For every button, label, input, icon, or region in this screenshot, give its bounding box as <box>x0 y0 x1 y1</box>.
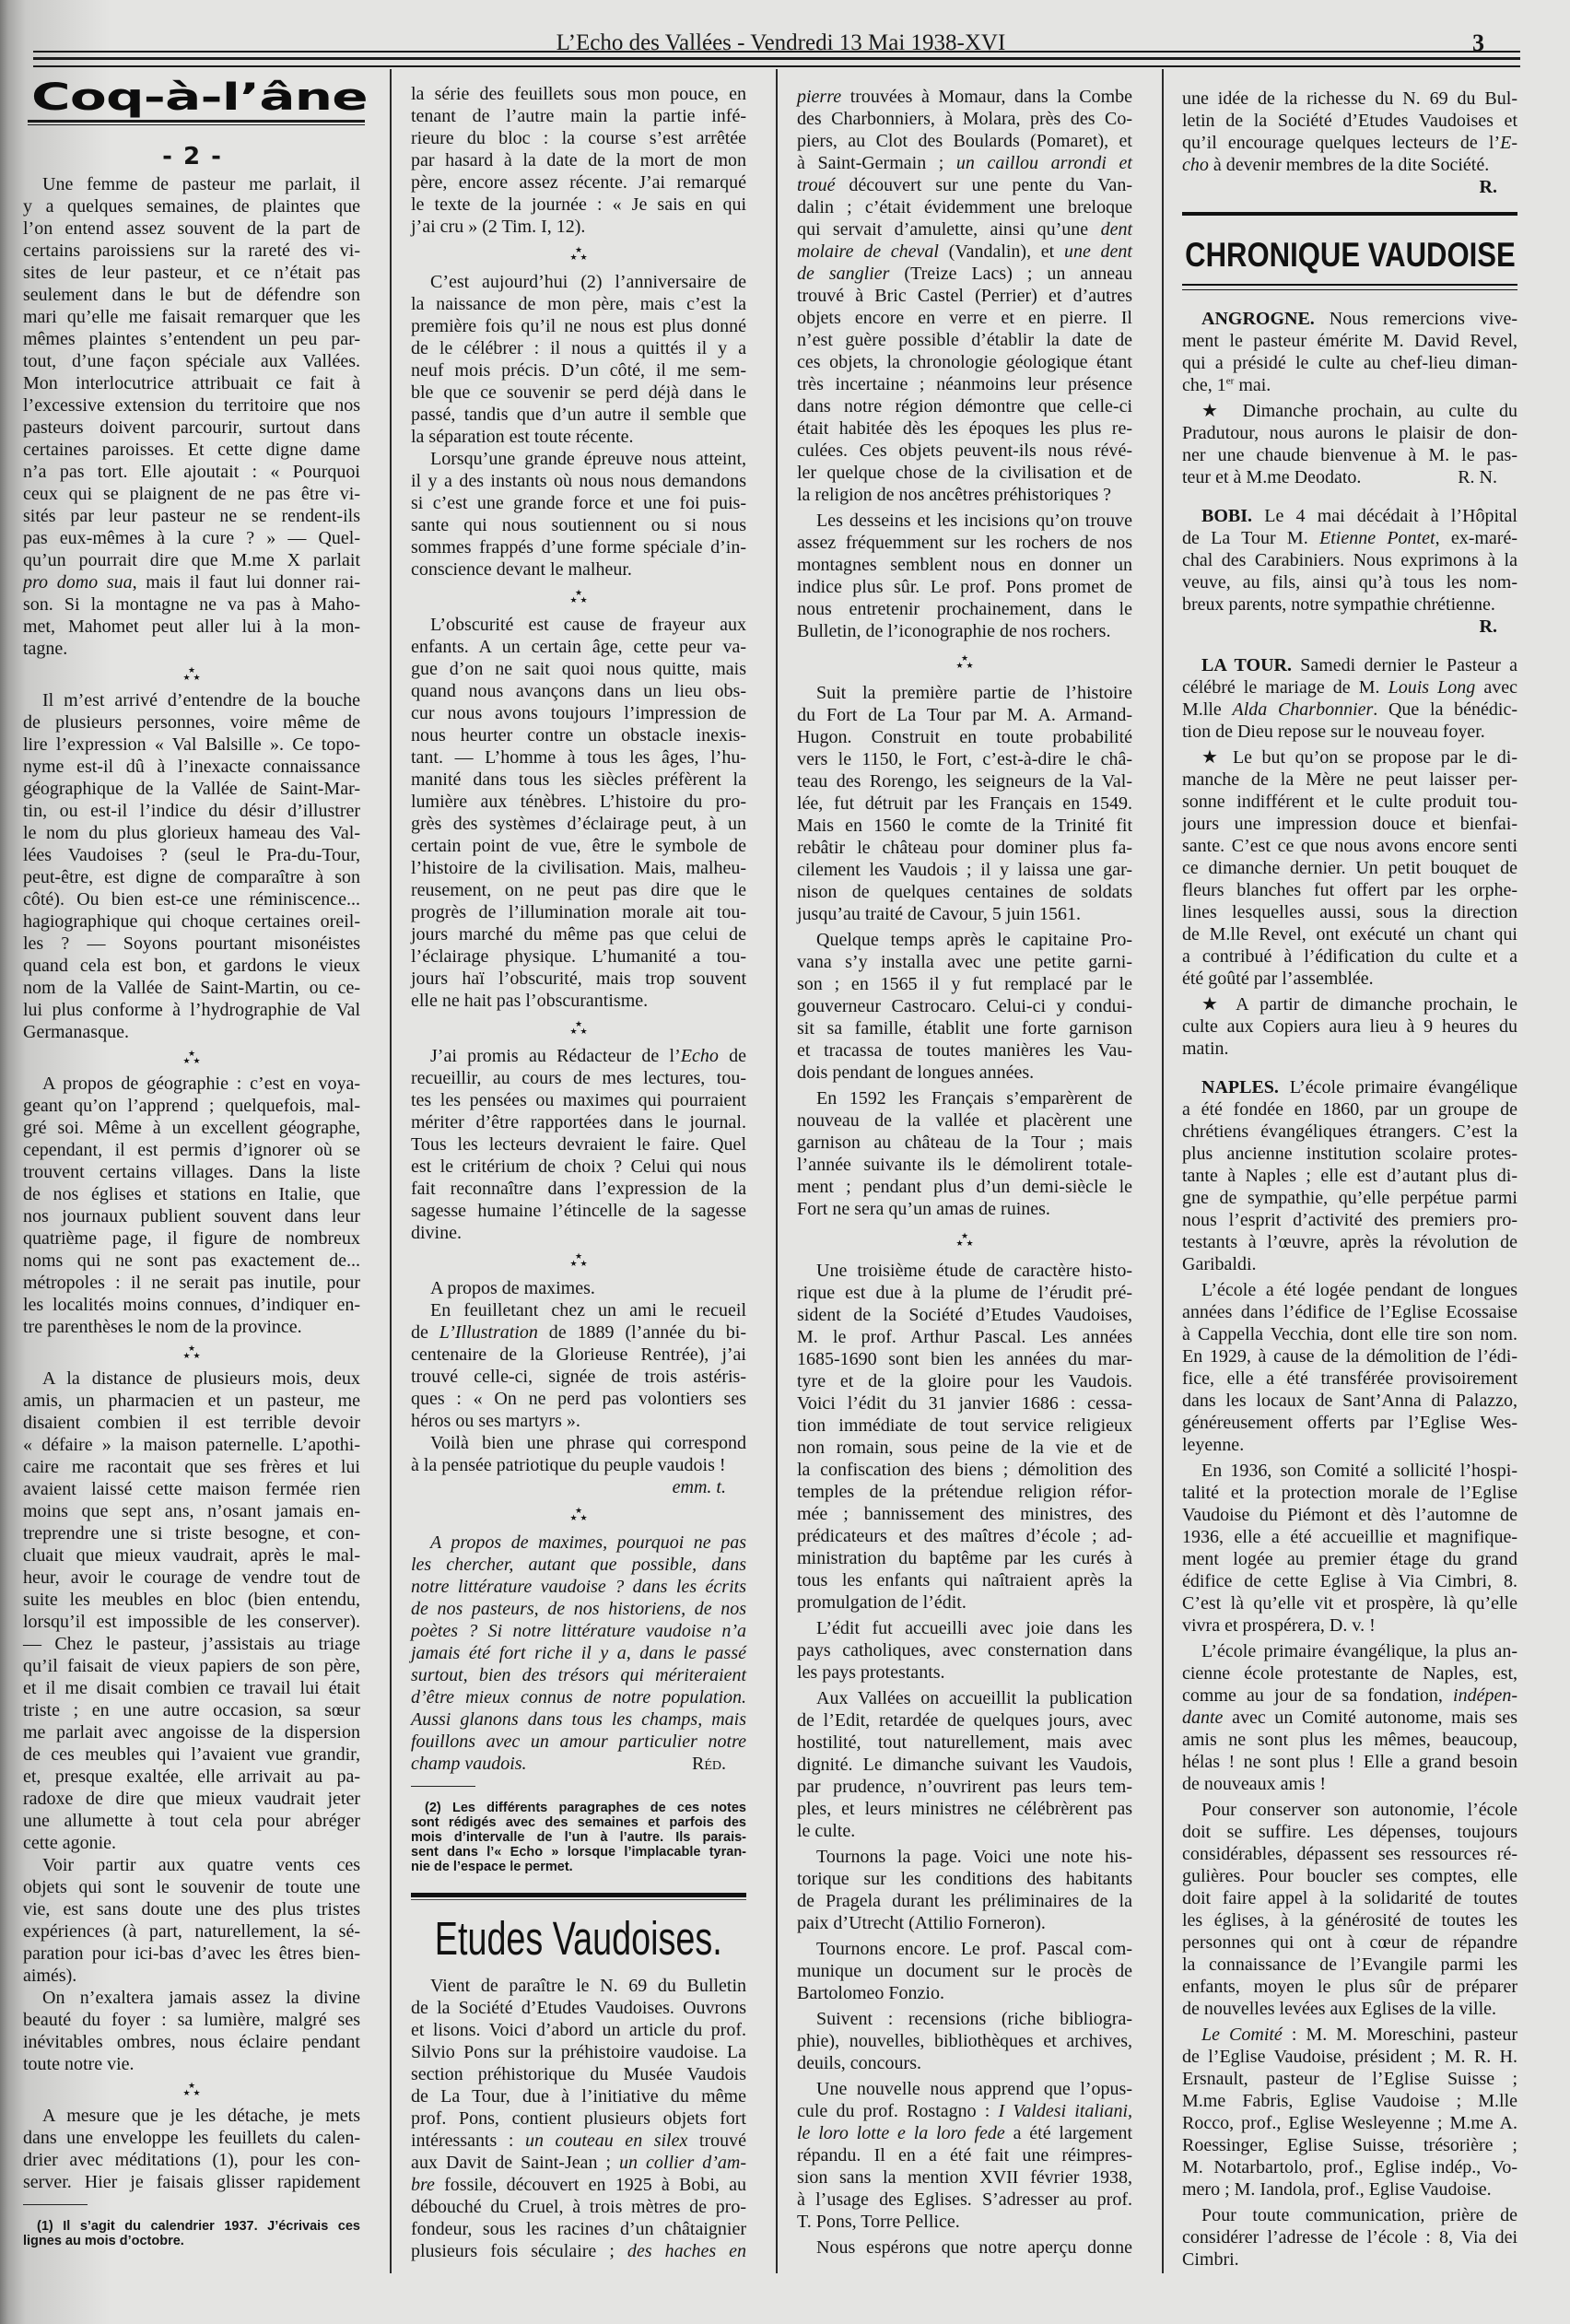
text-line: y a quelques semaines, de plaintes que <box>23 195 360 217</box>
text-line: promulgation de l’édit. <box>797 1591 1132 1614</box>
text-line: tagne. <box>23 638 360 660</box>
text-line: J’ai promis au Rédacteur de l’Echo de <box>411 1045 746 1067</box>
paragraph: L’obscurité est cause de frayeur auxenfa… <box>411 614 746 1012</box>
footnote-rule <box>411 1786 475 1787</box>
paragraph: En 1936, son Comité a sollicité l’hospi-… <box>1182 1460 1517 1637</box>
text-line: de ces meubles qui l’avaient vue grandir… <box>23 1743 360 1766</box>
text-line: montagnes semblent nous en donner un <box>797 554 1132 576</box>
text-line: reusement, on ne peut pas dire que le <box>411 879 746 901</box>
paragraph: On n’exaltera jamais assez la divinebeau… <box>23 1987 360 2075</box>
text-line: paration pour ici-bas d’avec les êtres b… <box>23 1943 360 1965</box>
text-line: les églises, à la générosité de toutes l… <box>1182 1909 1517 1931</box>
text-line: manité dans tous les siècles préfèrent l… <box>411 769 746 791</box>
star-icon: ★ <box>955 662 963 671</box>
text-line: ce dimanche dernier. Un petit bouquet de <box>1182 857 1517 879</box>
star-icon: ★ <box>193 1352 200 1361</box>
section-break <box>1182 488 1517 505</box>
text-line: d’être mieux connus de notre population. <box>411 1686 746 1708</box>
text-line: cule du prof. Rostagno : I Valdesi itali… <box>797 2100 1132 2122</box>
footnote-rule <box>23 2204 88 2205</box>
text-line: objets encore en verre et en pierre. Il <box>797 307 1132 329</box>
text-line: sonne indifférent et le culte produit to… <box>1182 791 1517 813</box>
text-line: dignité. Le dimanche suivant les Vaudois… <box>797 1754 1132 1776</box>
asterism-divider: ★★ ★ <box>411 581 746 614</box>
column-divider-3 <box>1162 69 1164 2273</box>
star-icon: ★ <box>569 596 577 605</box>
paragraph: LA TOUR. Samedi dernier le Pasteur acélé… <box>1182 654 1517 743</box>
text-line: toute notre vie. <box>23 2053 360 2075</box>
title-rule-thick <box>28 120 365 123</box>
text-line: (1) Il s’agit du calendrier 1937. J’écri… <box>23 2219 360 2234</box>
paragraph: A la distance de plusieurs mois, deuxami… <box>23 1367 360 1854</box>
text-line: quatrième page, il figure de nombreux <box>23 1227 360 1250</box>
text-line: chal des Carabiniers. Nous exprimons à l… <box>1182 549 1517 571</box>
text-line: sites de leur pasteur, et ce n’était pas <box>23 262 360 284</box>
paragraph: Une femme de pasteur me parlait, ily a q… <box>23 173 360 660</box>
text-line: sommes frappés d’une forme spéciale d’in… <box>411 536 746 558</box>
text-line: trouvé celle-ci, signée de trois astéris… <box>411 1366 746 1388</box>
text-line: très incertaine ; néanmoins leur présenc… <box>797 373 1132 395</box>
text-line: suite les meubles en bloc (bien entendu, <box>23 1589 360 1611</box>
section-rule <box>1182 212 1517 216</box>
text-line: LA TOUR. Samedi dernier le Pasteur a <box>1182 654 1517 676</box>
text-line: nous l’esprit d’activité des premiers pr… <box>1182 1209 1517 1231</box>
paragraph: Les desseins et les incisions qu’on trou… <box>797 510 1132 642</box>
text-line: triste ; en une autre occasion, sa sœur <box>23 1699 360 1721</box>
text-line: avaient laissé cette maison fermée rien <box>23 1478 360 1500</box>
text-line: le nom du plus glorieux hameau des Val- <box>23 822 360 844</box>
text-line: 1685-1690 sont bien les années du mar- <box>797 1348 1132 1370</box>
text-line: cependant, il est permis d’ignorer où se <box>23 1139 360 1161</box>
text-line: plusieurs fois séculaire ; des haches en <box>411 2240 746 2262</box>
text-line: sante. C’est ce que nous avons encore se… <box>1182 835 1517 857</box>
text-line: jours haï l’obscurité, mais trop souvent <box>411 968 746 990</box>
text-line: vers le 1150, le Fort, c’est-à-dire le c… <box>797 748 1132 770</box>
text-line: dante avec un Comité autonome, mais ses <box>1182 1707 1517 1729</box>
text-line: dans les locaux de Sant’Anna di Palazzo, <box>1182 1390 1517 1412</box>
text-line: quand nous avançons dans un lieu obs- <box>411 680 746 702</box>
text-line: Silvio Pons sur la préhistoire vaudoise.… <box>411 2041 746 2063</box>
text-line: père, encore assez récente. J’ai remarqu… <box>411 171 746 194</box>
text-line: mêmes plaintes s’entendent un peu par- <box>23 328 360 350</box>
text-line: Réd.champ vaudois. <box>411 1753 746 1775</box>
text-line: hélas ! ne sont plus ! Elle a grand beso… <box>1182 1751 1517 1773</box>
text-line: qu’il encourage quelques lecteurs de l’E… <box>1182 132 1517 154</box>
paragraph: ★ Dimanche prochain, au culte duPradutou… <box>1182 400 1517 488</box>
text-line: mée ; bannissement des ministres, des <box>797 1503 1132 1525</box>
text-line: inévitables ombres, nous éclaire pendant <box>23 2031 360 2053</box>
star-icon: ★ <box>182 674 190 683</box>
text-line: notre littérature vaudoise ? dans les éc… <box>411 1576 746 1598</box>
section-heading-text: CHRONIQUE VAUDOISE <box>1185 236 1516 275</box>
text-line: sit sa famille, établit une forte garnis… <box>797 1017 1132 1039</box>
text-line: Voici l’édit du 31 janvier 1686 : cessa- <box>797 1392 1132 1414</box>
text-line: divine. <box>411 1222 746 1244</box>
text-line: côté). Ou bien est-ce une réminiscence..… <box>23 888 360 910</box>
text-line: Roessinger, Eglise Suisse, trésorière ; <box>1182 2134 1517 2156</box>
text-line: l’histoire de la civilisation. Mais, mal… <box>411 857 746 879</box>
text-line: elle ne hait pas l’obscurantisme. <box>411 990 746 1012</box>
text-line: tes les pensées ou maximes qui pourraien… <box>411 1089 746 1111</box>
text-line: la confiscation des biens ; démolition d… <box>797 1459 1132 1481</box>
text-line: L’école a été logée pendant de longues <box>1182 1279 1517 1301</box>
asterism-divider: ★★ ★ <box>23 1338 360 1367</box>
text-line: qu’il faisait de vieux papiers de son pè… <box>23 1655 360 1677</box>
text-line: grès des systèmes d’éclairage peut, à un <box>411 813 746 835</box>
text-line: jours marché du même pas que celui de <box>411 923 746 945</box>
column-3: pierre trouvées à Momaur, dans la Combed… <box>797 86 1132 2259</box>
section-heading: Etudes Vaudoises. <box>411 1902 746 1975</box>
paragraph: A propos de maximes. <box>411 1277 746 1299</box>
masthead-title: L’Echo des Vallées - Vendredi 13 Mai 193… <box>539 29 1023 58</box>
text-line: édifice de cette Eglise à Via Cimbri, 8. <box>1182 1570 1517 1592</box>
paragraph: Une troisième étude de caractère histo-r… <box>797 1260 1132 1614</box>
text-line: dans une enveloppe les feuillets du cale… <box>23 2127 360 2149</box>
text-line: dalin ; c’était évidemment une breloque <box>797 196 1132 218</box>
star-icon: ★ <box>569 1027 577 1037</box>
star-icon: ★ <box>182 1057 190 1066</box>
text-line: et, presque exaltée, elle arrivait au pa… <box>23 1766 360 1788</box>
text-line: Suivent : recensions (riche bibliogra- <box>797 2008 1132 2030</box>
text-line: jamais été fort riche il y a, dans le pa… <box>411 1642 746 1664</box>
text-line: Fort ne sera qu’un amas de ruines. <box>797 1198 1132 1220</box>
asterism: ★★ ★ <box>182 667 200 682</box>
text-line: les chercher, autant que possible, dans <box>411 1554 746 1576</box>
text-line: tre parenthèses le nom de la province. <box>23 1316 360 1338</box>
text-line: de sanglier (Treize Lacs) ; un anneau <box>797 263 1132 285</box>
paragraph: Pour toute communication, prière deconsi… <box>1182 2204 1517 2271</box>
text-line: tin, ou est-il l’indice du désir d’illus… <box>23 800 360 822</box>
text-line: a contribué à l’édification du culte et … <box>1182 945 1517 968</box>
asterism-divider: ★★ ★ <box>411 1244 746 1277</box>
text-line: nison de quelques centaines de soldats <box>797 881 1132 903</box>
column-divider-1 <box>390 69 392 2273</box>
paragraph: A propos de maximes, pourquoi ne pasles … <box>411 1532 746 1775</box>
column-1: Une femme de pasteur me parlait, ily a q… <box>23 173 360 2248</box>
text-line: Ersnault, pasteur de l’Eglise Suisse ; <box>1182 2068 1517 2090</box>
text-line: cluait que mieux vaudrait, après le mal- <box>23 1544 360 1567</box>
text-line: L’édit fut accueilli avec joie dans les <box>797 1617 1132 1639</box>
text-line: troué découvert sur une pente du Van- <box>797 174 1132 196</box>
text-line: pays catholiques, avec consternation dan… <box>797 1639 1132 1661</box>
text-line: Aussi glanons dans tous les champs, mais <box>411 1708 746 1731</box>
text-line: bre fossile, découvert en 1925 à Bobi, a… <box>411 2174 746 2196</box>
star-icon: ★ <box>182 1352 190 1361</box>
asterism-divider: ★★ ★ <box>411 1498 746 1532</box>
text-line: ces objets, la chronologie géologique ét… <box>797 351 1132 373</box>
paragraph: ★ A partir de dimanche prochain, leculte… <box>1182 993 1517 1060</box>
text-line: Bartolomeo Fonzio. <box>797 1982 1132 2004</box>
asterism: ★★ ★ <box>955 1233 973 1248</box>
text-line: jusqu’au traité de Cavour, 5 juin 1561. <box>797 903 1132 925</box>
text-line: moins que sept ans, n’osant jamais en- <box>23 1500 360 1522</box>
text-line: une allumette à tout cela pour abréger <box>23 1810 360 1832</box>
section-break <box>1182 638 1517 654</box>
text-line: a été fondée en 1860, par un groupe de <box>1182 1098 1517 1121</box>
text-line: l’éclairage physique. L’humanité a tou- <box>411 945 746 968</box>
text-line: indice plus sûr. Le prof. Pons promet de <box>797 576 1132 598</box>
paragraph: Il m’est arrivé d’entendre de la bouched… <box>23 689 360 1043</box>
text-line: tant. — L’homme à tous les âges, l’hu- <box>411 746 746 769</box>
paragraph: Quelque temps après le capitaine Pro-van… <box>797 929 1132 1084</box>
text-line: teau des Rorengo, les seigneurs de la Va… <box>797 770 1132 792</box>
masthead-rule-middle <box>33 57 1520 60</box>
text-line: NAPLES. L’école primaire évangélique <box>1182 1076 1517 1098</box>
text-line: qui a présidé le culte au chef-lieu dima… <box>1182 352 1517 374</box>
asterism-divider: ★★ ★ <box>411 1012 746 1045</box>
text-line: nos journaux publient souvent dans leur <box>23 1205 360 1227</box>
text-line: drier avec méditations (1), pour les con… <box>23 2149 360 2171</box>
star-icon: ★ <box>580 253 587 263</box>
text-line: quand cela est bon, et gardons le vieux <box>23 955 360 977</box>
text-line: première fois qu’il ne nous est plus don… <box>411 315 746 337</box>
page-number: 3 <box>1472 29 1484 58</box>
text-line: la naissance de mon père, mais c’est la <box>411 293 746 315</box>
text-line: lignes au mois d’octobre. <box>23 2234 360 2248</box>
text-line: du Fort de La Tour par M. A. Armand- <box>797 704 1132 726</box>
signature: emm. t. <box>411 1476 746 1498</box>
text-line: certains paroissiens sur la rareté des v… <box>23 240 360 262</box>
text-line: radoxe de dire que mieux vaudrait jeter <box>23 1788 360 1810</box>
text-line: poètes ? Si notre littérature vaudoise n… <box>411 1620 746 1642</box>
text-line: ques : « On ne perd pas volontiers ses <box>411 1388 746 1410</box>
text-line: testants à l’œuvre, après la révolution … <box>1182 1231 1517 1253</box>
text-line: Il m’est arrivé d’entendre de la bouche <box>23 689 360 711</box>
text-line: la séparation est toute récente. <box>411 426 746 448</box>
asterism: ★★ ★ <box>955 655 973 670</box>
text-line: nie de l’espace le permet. <box>411 1860 746 1874</box>
paragraph: J’ai promis au Rédacteur de l’Echo derec… <box>411 1045 746 1244</box>
text-line: prof. Pons, contient plusieurs objets fo… <box>411 2107 746 2130</box>
asterism: ★★ ★ <box>569 1508 587 1522</box>
text-line: gulières. Pour boucler ses comptes, elle <box>1182 1865 1517 1887</box>
text-line: A propos de géographie : c’est en voya- <box>23 1073 360 1095</box>
star-icon: ★ <box>966 1239 973 1249</box>
text-line: culées. Ces objets peuvent-ils nous révé… <box>797 440 1132 462</box>
asterism-divider: ★★ ★ <box>23 2075 360 2105</box>
text-line: Rocco, prof., Eglise Wesleyenne ; M.me A… <box>1182 2112 1517 2134</box>
text-line: vie, est sans doute une des plus tristes <box>23 1898 360 1920</box>
text-line: certain point de vue, être le symbole de <box>411 835 746 857</box>
text-line: la religion de nos ancêtres préhistoriqu… <box>797 484 1132 506</box>
text-line: Cimbri. <box>1182 2248 1517 2271</box>
text-line: amis, un pharmacien et un pasteur, me <box>23 1390 360 1412</box>
paragraph: A mesure que je les détache, je metsdans… <box>23 2105 360 2193</box>
text-line: Bulletin, de l’iconographie de nos roche… <box>797 620 1132 642</box>
asterism: ★★ ★ <box>569 1253 587 1268</box>
text-line: Suit la première partie de l’histoire <box>797 682 1132 704</box>
masthead-rule-top <box>33 51 1520 53</box>
text-line: paix d’Utrecht (Attilio Forneron). <box>797 1912 1132 1934</box>
text-line: T. Pons, Torre Pellice. <box>797 2211 1132 2233</box>
paragraph: ★ Le but qu’on se propose par le di-manc… <box>1182 746 1517 990</box>
star-icon: ★ <box>580 596 587 605</box>
text-line: matin. <box>1182 1038 1517 1060</box>
text-line: tyre et de la gloire pour les Vaudois. <box>797 1370 1132 1392</box>
text-line: de l’Edit, retardée de quelques jours, a… <box>797 1709 1132 1731</box>
text-line: de M.lle Revel, ont exécuté un chant qui <box>1182 923 1517 945</box>
asterism: ★★ ★ <box>182 1345 200 1360</box>
text-line: vivra et prospérera, D. v. ! <box>1182 1614 1517 1637</box>
text-line: nouveau de la vallée et placèrent une <box>797 1109 1132 1132</box>
text-line: letin de la Société d’Etudes Vaudoises e… <box>1182 110 1517 132</box>
text-line: cette agonie. <box>23 1832 360 1854</box>
text-line: Une femme de pasteur me parlait, il <box>23 173 360 195</box>
text-line: gue d’on ne sait quoi nous quitte, mais <box>411 658 746 680</box>
text-line: torique sur les conditions des habitants <box>797 1868 1132 1890</box>
text-line: tenant de l’autre main la partie infé- <box>411 105 746 127</box>
text-line: non romain, sous peine de la vie et de <box>797 1437 1132 1459</box>
text-line: était habitée dès les époques les plus r… <box>797 417 1132 440</box>
text-line: cienne école protestante de Naples, est, <box>1182 1662 1517 1684</box>
star-icon: ★ <box>569 1514 577 1523</box>
text-line: les pays protestants. <box>797 1661 1132 1684</box>
text-line: de la Société d’Etudes Vaudoises. Ouvron… <box>411 1997 746 2019</box>
text-line: chrétiens évangéliques étrangers. C’est … <box>1182 1121 1517 1143</box>
text-line: nous entretenir prochainement, dans le <box>797 598 1132 620</box>
asterism-divider: ★★ ★ <box>797 1220 1132 1260</box>
paragraph: En 1592 les Français s’emparèrent denouv… <box>797 1087 1132 1220</box>
text-line: cho à devenir membres de la dite Société… <box>1182 154 1517 176</box>
paragraph: la série des feuillets sous mon pouce, e… <box>411 83 746 238</box>
paragraph: Tournons encore. Le prof. Pascal com-mun… <box>797 1938 1132 2004</box>
star-icon: ★ <box>193 1057 200 1066</box>
star-icon: ★ <box>182 2089 190 2098</box>
text-line: veuve, au fils, ainsi qu’à tous les nom- <box>1182 571 1517 593</box>
heading-rule <box>1182 284 1517 290</box>
text-line: qui servait d’amulette, ainsi qu’une den… <box>797 218 1132 241</box>
text-line: des Charbonniers, à Molara, près des Co- <box>797 108 1132 130</box>
star-icon: ★ <box>193 2089 200 2098</box>
text-line: dans notre région démontre que celle-ci <box>797 395 1132 417</box>
text-line: neuf mois précis. D’un côté, il me sem- <box>411 359 746 381</box>
paragraph: Lorsqu’une grande épreuve nous atteint,i… <box>411 448 746 581</box>
text-line: nom de la Vallée de Saint-Martin, ou ce- <box>23 977 360 999</box>
text-line: fondeur, sous les racines d’un châtaigni… <box>411 2218 746 2240</box>
text-line: hagiographique qui choque certaines orei… <box>23 910 360 933</box>
text-line: trouvent certains villages. Dans la list… <box>23 1161 360 1183</box>
text-line: à Cappella Vecchia, dont elle tire son n… <box>1182 1323 1517 1345</box>
text-line: progrès de l’illumination morale ait tou… <box>411 901 746 923</box>
text-line: et tracassa de toutes manières les Vau- <box>797 1039 1132 1062</box>
text-line: BOBI. Le 4 mai décédait à l’Hôpital <box>1182 505 1517 527</box>
text-line: nous heurter contre un obstacle inexis- <box>411 724 746 746</box>
text-line: tante à Naples ; elle est d’autant plus … <box>1182 1165 1517 1187</box>
text-line: considérables, dépassent ses ressources … <box>1182 1843 1517 1865</box>
text-line: sident de la Société d’Etudes Vaudoises, <box>797 1304 1132 1326</box>
text-line: lée, fut détruit par les Français en 154… <box>797 792 1132 815</box>
text-line: conscience devant le malheur. <box>411 558 746 581</box>
text-line: la connaissance de l’Evangile parmi les <box>1182 1954 1517 1976</box>
paragraph: Suivent : recensions (riche bibliogra-ph… <box>797 2008 1132 2074</box>
text-line: On n’exaltera jamais assez la divine <box>23 1987 360 2009</box>
signature: Réd. <box>692 1753 726 1775</box>
paragraph: En feuilletant chez un ami le recueilde … <box>411 1299 746 1432</box>
text-line: rique est due à la plume de l’érudit pré… <box>797 1282 1132 1304</box>
section-rule <box>411 1893 746 1897</box>
star-icon: ★ <box>569 1260 577 1269</box>
text-line: sante qui nous soutiennent ou si nous <box>411 514 746 536</box>
asterism: ★★ ★ <box>569 590 587 604</box>
text-line: hostilité, tout naturellement, mais avec <box>797 1731 1132 1754</box>
text-line: Vaudoise du Piémont et dès l’automne de <box>1182 1504 1517 1526</box>
text-line: En 1592 les Français s’emparèrent de <box>797 1087 1132 1109</box>
text-line: enfants, moyen le plus sûr de préparer <box>1182 1976 1517 1998</box>
text-line: R. N.teur et à M.me Deodato. <box>1182 466 1517 488</box>
text-line: la série des feuillets sous mon pouce, e… <box>411 83 746 105</box>
text-line: de Pragela durant les préliminaires de l… <box>797 1890 1132 1912</box>
text-line: ANGROGNE. Nous remercions vive- <box>1182 308 1517 330</box>
text-line: géographique de la Vallée de Saint-Mar- <box>23 778 360 800</box>
asterism-divider: ★★ ★ <box>23 660 360 689</box>
text-line: gne de sympathie, qu’elle perpétue parmi <box>1182 1187 1517 1209</box>
text-line: mari qu’elle me faisait remarquer que le… <box>23 306 360 328</box>
text-line: de nos églises et stations en Italie, qu… <box>23 1183 360 1205</box>
text-line: temples de la prétendue religion réfor- <box>797 1481 1132 1503</box>
text-line: C’est aujourd’hui (2) l’anniversaire de <box>411 271 746 293</box>
text-line: me parlait avec angoisse de la dispersio… <box>23 1721 360 1743</box>
footnote: (2) Les différents paragraphes de ces no… <box>411 1801 746 1874</box>
text-line: M.me Fabris, Eglise Vaudoise ; M.lle <box>1182 2090 1517 2112</box>
text-line: une idée de la richesse du N. 69 du Bul- <box>1182 88 1517 110</box>
section-heading-text: Etudes Vaudoises. <box>435 1911 722 1966</box>
text-line: aux Davit de Saint-Jean ; un collier d’a… <box>411 2152 746 2174</box>
star-icon: ★ <box>193 674 200 683</box>
text-line: section préhistorique du Musée Vaudois <box>411 2063 746 2085</box>
text-line: « défaire » la maison paternelle. L’apot… <box>23 1434 360 1456</box>
text-line: n’a pas tort. Elle ajoutait : « Pourquoi <box>23 461 360 483</box>
text-line: considérer l’adresse de l’école : 8, Via… <box>1182 2226 1517 2248</box>
text-line: pierre trouvées à Momaur, dans la Combe <box>797 86 1132 108</box>
text-line: heur, avoir le courage de vendre tout de <box>23 1567 360 1589</box>
text-line: tout, d’une façon spéciale aux Vallées. <box>23 350 360 372</box>
text-line: j’ai cru » (2 Tim. I, 12). <box>411 216 746 238</box>
paragraph: BOBI. Le 4 mai décédait à l’Hôpitalde La… <box>1182 505 1517 616</box>
text-line: che, 1er mai. <box>1182 374 1517 396</box>
text-line: ministration du baptême par les curés à <box>797 1547 1132 1569</box>
text-line: lées Vaudoises ? (seul le Pra-du-Tour, <box>23 844 360 866</box>
text-line: Une troisième étude de caractère histo- <box>797 1260 1132 1282</box>
text-line: treprendre une si triste besogne, et con… <box>23 1522 360 1544</box>
paragraph: Une nouvelle nous apprend que l’opus-cul… <box>797 2078 1132 2233</box>
text-line: l’on entend assez souvent de la part de <box>23 217 360 240</box>
star-icon: ★ <box>569 253 577 263</box>
text-line: et il me disait combien ce travail lui é… <box>23 1677 360 1699</box>
text-line: aimés). <box>23 1965 360 1987</box>
text-line: célébré le mariage de M. Louis Long avec <box>1182 676 1517 698</box>
text-line: Vient de paraître le N. 69 du Bulletin <box>411 1975 746 1997</box>
text-line: culte aux Copiers aura lieu à 9 heures d… <box>1182 1015 1517 1038</box>
text-line: ceux qui se plaignent de ne pas être vi- <box>23 483 360 505</box>
asterism-divider: ★★ ★ <box>797 642 1132 682</box>
text-line: A propos de maximes, pourquoi ne pas <box>411 1532 746 1554</box>
paragraph: Suit la première partie de l’histoiredu … <box>797 682 1132 925</box>
asterism: ★★ ★ <box>182 1050 200 1065</box>
text-line: le texte de la journée : « Je sais en qu… <box>411 194 746 216</box>
asterism-divider: ★★ ★ <box>411 238 746 271</box>
paragraph: L’école primaire évangélique, la plus an… <box>1182 1640 1517 1795</box>
text-line: doit faire appel à la solidarité de tout… <box>1182 1887 1517 1909</box>
text-line: C’est là qu’elle vit et prospère, là qu’… <box>1182 1592 1517 1614</box>
text-line: comme au jour de sa fondation, indépen- <box>1182 1684 1517 1707</box>
paragraph: L’édit fut accueilli avec joie dans lesp… <box>797 1617 1132 1684</box>
text-line: passé, tandis que d’un autre il semble q… <box>411 404 746 426</box>
text-line: fait reconnaître dans l’expression de la <box>411 1178 746 1200</box>
text-line: A la distance de plusieurs mois, deux <box>23 1367 360 1390</box>
text-line: Lorsqu’une grande épreuve nous atteint, <box>411 448 746 470</box>
text-line: par prudence, n’ouvrirent pas leurs tem- <box>797 1776 1132 1798</box>
text-line: expériences (à part, naturellement, la s… <box>23 1920 360 1943</box>
